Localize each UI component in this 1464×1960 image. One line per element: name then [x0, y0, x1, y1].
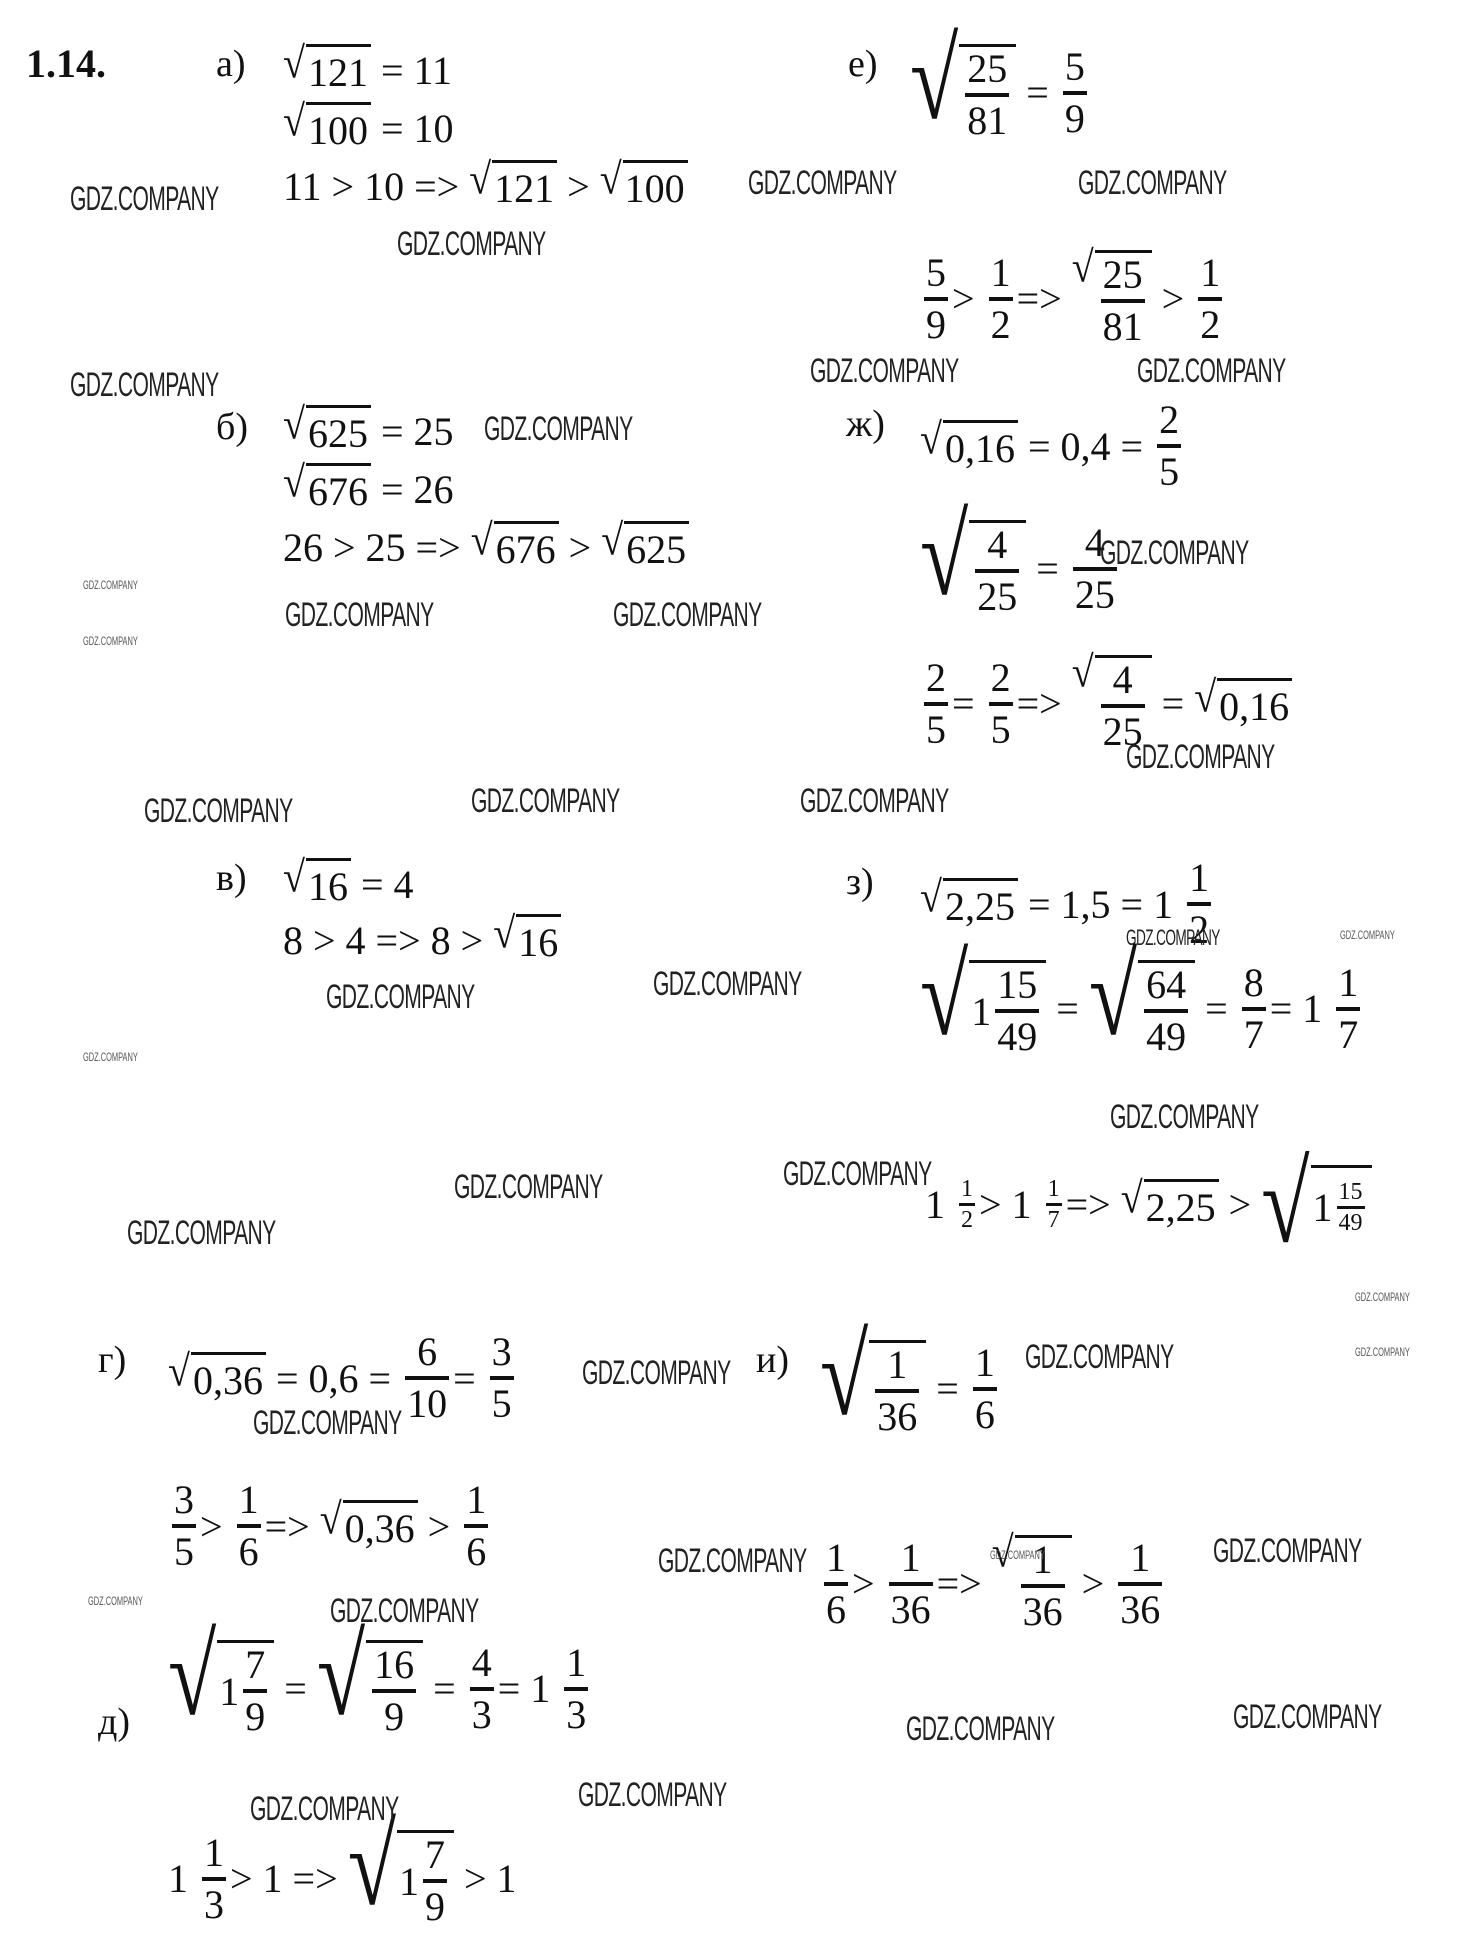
part-a-line2: √100 =10: [283, 102, 464, 154]
fraction: 12: [1198, 253, 1222, 345]
fraction: 16: [237, 1480, 261, 1572]
sqrt: √6449: [1089, 960, 1195, 1057]
sqrt: √676: [471, 521, 559, 573]
sqrt: √179: [348, 1830, 454, 1927]
watermark: GDZ.COMPANY: [70, 180, 219, 219]
part-i-label: и): [756, 1338, 789, 1382]
watermark: GDZ.COMPANY: [810, 352, 959, 391]
watermark: GDZ.COMPANY: [1126, 738, 1275, 777]
fraction: 25: [924, 658, 948, 750]
fraction: 17: [1336, 963, 1360, 1055]
sqrt: √16: [493, 914, 561, 966]
fraction: 13: [202, 1833, 226, 1925]
watermark-small: GDZ.COMPANY: [1355, 1290, 1410, 1304]
part-e-line2: 59 > 12 => √2581 > 12: [920, 250, 1226, 347]
part-a-line3: 11 > 10 => √121 > √100: [283, 160, 698, 212]
fraction: 87: [1242, 963, 1266, 1055]
fraction: 12: [959, 1177, 975, 1232]
fraction: 16: [824, 1538, 848, 1630]
watermark: GDZ.COMPANY: [484, 410, 633, 449]
fraction: 13: [564, 1643, 588, 1735]
fraction: 43: [470, 1643, 494, 1735]
watermark: GDZ.COMPANY: [127, 1214, 276, 1253]
problem-number: 1.14.: [26, 40, 106, 87]
watermark: GDZ.COMPANY: [253, 1404, 402, 1443]
watermark: GDZ.COMPANY: [906, 1710, 1055, 1749]
watermark: GDZ.COMPANY: [582, 1354, 731, 1393]
fraction: 25: [989, 658, 1013, 750]
watermark: GDZ.COMPANY: [783, 1155, 932, 1194]
watermark: GDZ.COMPANY: [285, 596, 434, 635]
sqrt: √11549: [1261, 1165, 1371, 1244]
sqrt: √100: [600, 160, 688, 212]
part-g-line2: 35 > 16 => √0,36 > 16: [168, 1480, 492, 1572]
sqrt: √100: [283, 102, 371, 154]
watermark-small: GDZ.COMPANY: [88, 1594, 143, 1608]
sqrt: √169: [317, 1640, 423, 1737]
part-v-line1: √16 =4: [283, 858, 424, 910]
watermark-small: GDZ.COMPANY: [83, 634, 138, 648]
watermark: GDZ.COMPANY: [144, 792, 293, 831]
watermark-small: GDZ.COMPANY: [83, 578, 138, 592]
sqrt: √0,16: [1194, 678, 1292, 730]
part-zh-line1: √0,16 = 0,4 = 25: [920, 400, 1185, 492]
part-d-line2: 1 13 > 1 => √179 > 1: [168, 1830, 527, 1927]
sqrt: √16: [283, 858, 351, 910]
fraction: 25: [1157, 400, 1181, 492]
part-v-label: в): [216, 856, 247, 900]
watermark: GDZ.COMPANY: [578, 1776, 727, 1815]
watermark: GDZ.COMPANY: [800, 782, 949, 821]
watermark-small: GDZ.COMPANY: [1340, 928, 1395, 942]
fraction: 12: [989, 253, 1013, 345]
watermark: GDZ.COMPANY: [1110, 1098, 1259, 1137]
part-e-line1: √2581 = 59: [910, 44, 1091, 141]
sqrt: √2581: [1072, 250, 1152, 347]
part-b-line1: √625 =25: [283, 405, 464, 457]
watermark: GDZ.COMPANY: [1025, 1338, 1174, 1377]
part-d-label: д): [98, 1700, 130, 1744]
part-z-line3: 1 12 > 1 17 => √2,25 > √11549: [925, 1165, 1382, 1244]
fraction: 35: [490, 1332, 514, 1424]
fraction: 610: [405, 1332, 449, 1424]
fraction: 16: [973, 1343, 997, 1435]
sqrt: √676: [283, 463, 371, 515]
watermark: GDZ.COMPANY: [1213, 1532, 1362, 1571]
part-i-line1: √136 = 16: [820, 1340, 1001, 1437]
part-a-label: а): [216, 42, 246, 86]
fraction: 136: [889, 1538, 933, 1630]
sqrt: √2581: [910, 44, 1016, 141]
watermark-small: GDZ.COMPANY: [83, 1050, 138, 1064]
part-g-label: г): [98, 1338, 126, 1382]
fraction: 16: [464, 1480, 488, 1572]
watermark: GDZ.COMPANY: [658, 1542, 807, 1581]
watermark: GDZ.COMPANY: [748, 164, 897, 203]
watermark: GDZ.COMPANY: [454, 1168, 603, 1207]
sqrt: √136: [820, 1340, 926, 1437]
part-z-line2: √11549 = √6449 = 87 = 1 17: [920, 960, 1364, 1057]
sqrt: √0,16: [920, 420, 1018, 472]
sqrt: √121: [469, 160, 557, 212]
part-b-line3: 26 > 25 => √676 > √625: [283, 521, 699, 573]
sqrt: √625: [601, 521, 689, 573]
part-b-label: б): [216, 405, 248, 449]
watermark: GDZ.COMPANY: [397, 225, 546, 264]
sqrt: √2,25: [1121, 1179, 1219, 1231]
fraction: 59: [924, 253, 948, 345]
sqrt: √2,25: [920, 878, 1018, 930]
watermark: GDZ.COMPANY: [330, 1592, 479, 1631]
watermark: GDZ.COMPANY: [653, 965, 802, 1004]
sqrt: √0,36: [320, 1500, 418, 1552]
watermark: GDZ.COMPANY: [70, 366, 219, 405]
fraction: 59: [1063, 47, 1087, 139]
watermark-small: GDZ.COMPANY: [1355, 1345, 1410, 1359]
part-z-label: з): [846, 860, 874, 904]
part-b-line2: √676 =26: [283, 463, 464, 515]
watermark: GDZ.COMPANY: [613, 596, 762, 635]
fraction: 35: [172, 1480, 196, 1572]
fraction: 136: [1118, 1538, 1162, 1630]
fraction: 17: [1046, 1177, 1062, 1232]
watermark: GDZ.COMPANY: [1100, 534, 1249, 573]
watermark: GDZ.COMPANY: [1126, 925, 1220, 951]
watermark: GDZ.COMPANY: [471, 782, 620, 821]
watermark-small: GDZ.COMPANY: [990, 1548, 1045, 1562]
part-d-line1: √179 = √169 = 43 = 1 13: [168, 1640, 592, 1737]
part-v-line2: 8 > 4 => 8 > √16: [283, 914, 571, 966]
watermark: GDZ.COMPANY: [1137, 352, 1286, 391]
watermark: GDZ.COMPANY: [1078, 164, 1227, 203]
sqrt: √425: [920, 520, 1026, 617]
sqrt: √625: [283, 405, 371, 457]
part-zh-line2: √425 = 425: [920, 520, 1121, 617]
watermark: GDZ.COMPANY: [326, 978, 475, 1017]
watermark: GDZ.COMPANY: [1233, 1698, 1382, 1737]
sqrt: √11549: [920, 960, 1046, 1057]
part-zh-label: ж): [846, 402, 885, 446]
watermark: GDZ.COMPANY: [250, 1790, 399, 1829]
part-a-line1: √121 =11: [283, 44, 462, 96]
part-e-label: е): [848, 42, 878, 86]
sqrt: √121: [283, 44, 371, 96]
sqrt: √0,36: [168, 1352, 266, 1404]
sqrt: √179: [168, 1640, 274, 1737]
